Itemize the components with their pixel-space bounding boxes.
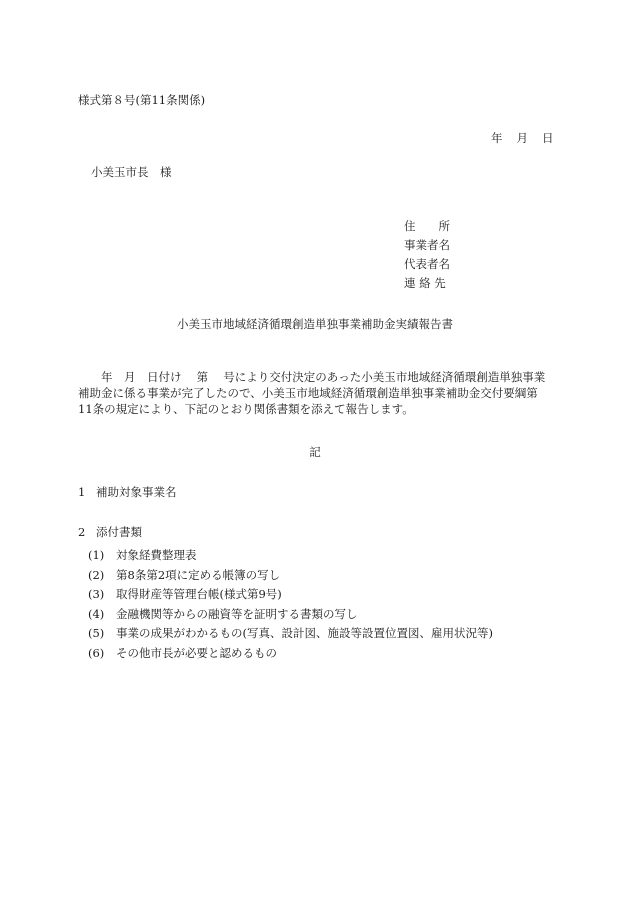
section-attachments: 2添付書類	[78, 527, 142, 539]
attachment-list: (1)対象経費整理表 (2)第8条第2項に定める帳簿の写し (3)取得財産等管理…	[88, 546, 493, 663]
body-line: 11条の規定により、下記のとおり関係書類を添えて報告します。	[78, 401, 558, 417]
attachment-item: (4)金融機関等からの融資等を証明する書類の写し	[88, 605, 493, 625]
attachment-number: (6)	[88, 644, 116, 664]
section-project-name: 1補助対象事業名	[78, 487, 177, 499]
attachment-number: (1)	[88, 546, 116, 566]
attachment-label: 対象経費整理表	[116, 548, 197, 562]
applicant-block: 住 所 事業者名 代表者名 連 絡 先	[404, 221, 450, 293]
attachment-item: (1)対象経費整理表	[88, 546, 493, 566]
attachment-label: 取得財産等管理台帳(様式第9号)	[116, 587, 282, 601]
date-line: 年月日	[491, 133, 554, 145]
document-title: 小美玉市地域経済循環創造単独事業補助金実績報告書	[0, 319, 630, 331]
attachment-label: 第8条第2項に定める帳簿の写し	[116, 568, 280, 582]
business-name-field-label: 事業者名	[404, 236, 450, 255]
section-label: 補助対象事業名	[96, 485, 177, 499]
form-number: 様式第８号(第11条関係)	[78, 95, 205, 107]
section-number: 2	[78, 527, 96, 539]
attachment-item: (5)事業の成果がわかるもの(写真、設計図、施設等設置位置図、雇用状況等)	[88, 624, 493, 644]
day-label: 日	[542, 133, 554, 145]
section-label: 添付書類	[96, 525, 142, 539]
ki-heading: 記	[0, 447, 630, 459]
addressee: 小美玉市長 様	[91, 167, 172, 179]
representative-field-label: 代表者名	[404, 255, 450, 274]
body-line: 年 月 日付け 第 号により交付決定のあった小美玉市地域経済循環創造単独事業	[78, 369, 558, 385]
attachment-number: (3)	[88, 585, 116, 605]
attachment-label: 金融機関等からの融資等を証明する書類の写し	[116, 607, 358, 621]
attachment-label: 事業の成果がわかるもの(写真、設計図、施設等設置位置図、雇用状況等)	[116, 626, 493, 640]
attachment-number: (5)	[88, 624, 116, 644]
year-label: 年	[491, 133, 503, 145]
attachment-number: (2)	[88, 566, 116, 586]
attachment-item: (3)取得財産等管理台帳(様式第9号)	[88, 585, 493, 605]
body-line: 補助金に係る事業が完了したので、小美玉市地域経済循環創造単独事業補助金交付要綱第	[78, 385, 558, 401]
attachment-item: (6)その他市長が必要と認めるもの	[88, 644, 493, 664]
section-number: 1	[78, 487, 96, 499]
address-field-label: 住 所	[404, 217, 450, 236]
body-paragraph: 年 月 日付け 第 号により交付決定のあった小美玉市地域経済循環創造単独事業 補…	[78, 369, 558, 417]
attachment-item: (2)第8条第2項に定める帳簿の写し	[88, 566, 493, 586]
month-label: 月	[517, 133, 529, 145]
contact-field-label: 連 絡 先	[404, 274, 450, 293]
attachment-number: (4)	[88, 605, 116, 625]
attachment-label: その他市長が必要と認めるもの	[116, 646, 277, 660]
